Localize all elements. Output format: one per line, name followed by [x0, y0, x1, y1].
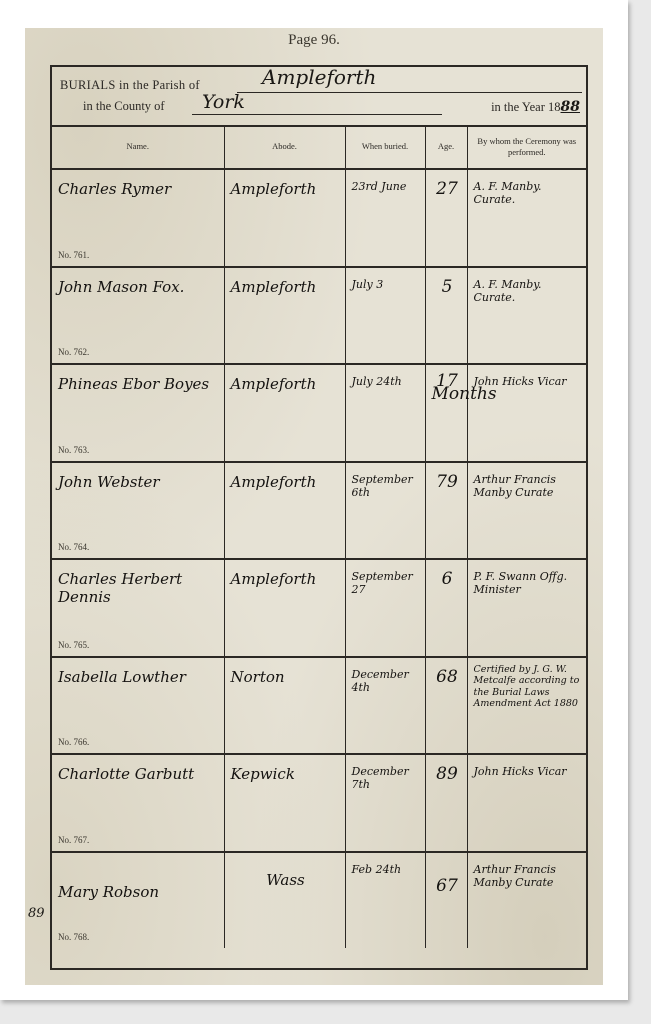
entry-age: 17 Months — [426, 365, 467, 401]
entry-number: No. 761. — [58, 250, 89, 260]
entry-number: No. 762. — [58, 347, 89, 357]
entry-abode: Ampleforth — [225, 365, 345, 393]
entry-name: Charles Rymer — [52, 170, 224, 198]
entry-number: No. 766. — [58, 737, 89, 747]
entry-when-buried: 23rd June — [346, 170, 425, 193]
col-abode: Abode. — [224, 125, 345, 169]
entry-age: 89 — [426, 755, 467, 783]
register-header: BURIALS in the Parish of Ampleforth in t… — [52, 67, 586, 127]
entry-abode: Ampleforth — [225, 463, 345, 491]
col-ceremony-by: By whom the Ceremony was performed. — [467, 125, 586, 169]
entry-age: 79 — [426, 463, 467, 491]
entry-when-buried: Feb 24th — [346, 853, 425, 876]
year-label: in the Year 18 — [491, 100, 560, 114]
parish-underline — [237, 92, 582, 93]
county-underline — [192, 114, 442, 115]
entry-ceremony-by: A. F. Manby. Curate. — [468, 268, 587, 304]
entry-when-buried: September 6th — [346, 463, 425, 499]
entry-abode: Wass — [225, 853, 345, 889]
entry-ceremony-by: Certified by J. G. W. Metcalfe according… — [468, 658, 587, 710]
parish-value: Ampleforth — [262, 65, 376, 89]
entry-name: Mary Robson — [52, 853, 224, 901]
entry-when-buried: December 7th — [346, 755, 425, 791]
entry-name: Charlotte Garbutt — [52, 755, 224, 783]
entry-age: 5 — [426, 268, 467, 296]
table-row: Charles RymerNo. 761. Ampleforth 23rd Ju… — [52, 169, 586, 267]
entry-ceremony-by: John Hicks Vicar — [468, 755, 587, 778]
table-row: Mary RobsonNo. 768. Wass Feb 24th 67 Art… — [52, 852, 586, 949]
table-row: Charles Herbert DennisNo. 765. Amplefort… — [52, 559, 586, 657]
year-value: 88 — [561, 99, 580, 115]
entry-when-buried: July 3 — [346, 268, 425, 291]
col-name: Name. — [52, 125, 224, 169]
column-header-row: Name. Abode. When buried. Age. By whom t… — [52, 125, 586, 169]
entry-number: No. 764. — [58, 542, 89, 552]
table-row: John WebsterNo. 764. Ampleforth Septembe… — [52, 462, 586, 560]
entry-name: John Webster — [52, 463, 224, 491]
entry-number: No. 763. — [58, 445, 89, 455]
entry-when-buried: December 4th — [346, 658, 425, 694]
entry-abode: Ampleforth — [225, 560, 345, 588]
entry-ceremony-by: A. F. Manby. Curate. — [468, 170, 587, 206]
register-frame: BURIALS in the Parish of Ampleforth in t… — [50, 65, 588, 970]
entry-number: No. 767. — [58, 835, 89, 845]
page-number: Page 96. — [25, 32, 603, 49]
table-row: John Mason Fox.No. 762. Ampleforth July … — [52, 267, 586, 365]
entry-name: Charles Herbert Dennis — [52, 560, 224, 606]
table-row: Phineas Ebor BoyesNo. 763. Ampleforth Ju… — [52, 364, 586, 462]
entry-name: Isabella Lowther — [52, 658, 224, 686]
entry-ceremony-by: P. F. Swann Offg. Minister — [468, 560, 587, 596]
entry-number: No. 765. — [58, 640, 89, 650]
col-when-buried: When buried. — [345, 125, 425, 169]
year-field: in the Year 1888 — [491, 99, 580, 115]
table-row: Isabella LowtherNo. 766. Norton December… — [52, 657, 586, 755]
register-page: Page 96. BURIALS in the Parish of Amplef… — [25, 28, 603, 985]
entry-when-buried: July 24th — [346, 365, 425, 388]
entry-abode: Kepwick — [225, 755, 345, 783]
entry-age: 6 — [426, 560, 467, 588]
county-value: York — [202, 91, 245, 113]
table-row: Charlotte GarbuttNo. 767. Kepwick Decemb… — [52, 754, 586, 852]
entry-when-buried: September 27 — [346, 560, 425, 596]
burials-label: BURIALS in the Parish of — [60, 78, 200, 93]
image-card: Page 96. BURIALS in the Parish of Amplef… — [0, 0, 628, 1000]
entry-abode: Ampleforth — [225, 268, 345, 296]
entry-number: No. 768. — [58, 932, 89, 942]
entry-name: Phineas Ebor Boyes — [52, 365, 224, 393]
entry-name: John Mason Fox. — [52, 268, 224, 296]
entry-ceremony-by: Arthur Francis Manby Curate — [468, 853, 587, 889]
entry-abode: Ampleforth — [225, 170, 345, 198]
col-age: Age. — [425, 125, 467, 169]
entry-age: 67 — [426, 853, 467, 895]
entry-abode: Norton — [225, 658, 345, 686]
county-label: in the County of — [83, 99, 165, 114]
entry-age: 68 — [426, 658, 467, 686]
entry-ceremony-by: John Hicks Vicar — [468, 365, 587, 388]
burial-register-table: Name. Abode. When buried. Age. By whom t… — [52, 125, 586, 948]
entry-ceremony-by: Arthur Francis Manby Curate — [468, 463, 587, 499]
entry-age: 27 — [426, 170, 467, 198]
margin-note: 89 — [28, 906, 45, 921]
